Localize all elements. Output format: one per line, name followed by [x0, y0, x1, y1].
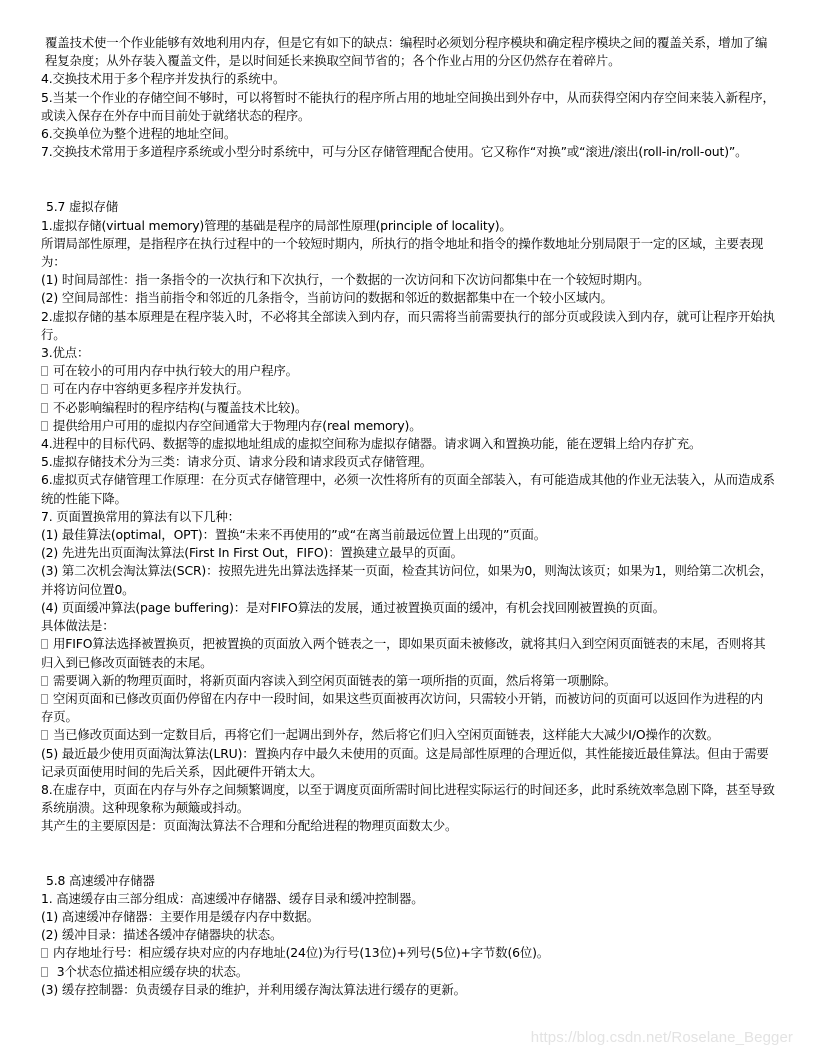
- paragraph-thrashing: 8.在虚存中，页面在内存与外存之间频繁调度，以至于调度页面所需时间比进程实际运行…: [41, 781, 775, 817]
- paragraph-vm-4: 4.进程中的目标代码、数据等的虚拟地址组成的虚拟空间称为虚拟存储器。请求调入和置…: [41, 435, 775, 453]
- buffering-steps-list: 用FIFO算法选择被置换页，把被置换的页面放入两个链表之一，即如果页面未被修改，…: [41, 635, 775, 744]
- paragraph-method-intro: 具体做法是：: [41, 617, 775, 635]
- bullet-box-icon: [41, 366, 48, 376]
- bullet-box-icon: [41, 384, 48, 394]
- bullet-box-icon: [41, 967, 48, 977]
- paragraph-locality-definition: 所谓局部性原理，是指程序在执行过程中的一个较短时期内，所执行的指令地址和指令的操…: [41, 235, 775, 271]
- bullet-box-icon: [41, 694, 48, 704]
- section-5-8: 5.8 高速缓冲存储器 1. 高速缓存由三部分组成：高速缓冲存储器、缓存目录和缓…: [41, 872, 775, 999]
- paragraph-vm-6: 6.虚拟页式存储管理工作原理：在分页式存储管理中，必须一次性将所有的页面全部装入…: [41, 471, 775, 507]
- paragraph-scr: (3) 第二次机会淘汰算法(SCR)：按照先进先出算法选择某一页面，检查其访问位…: [41, 562, 775, 598]
- paragraph-thrashing-cause: 其产生的主要原因是：页面淘汰算法不合理和分配给进程的物理页面数太少。: [41, 817, 775, 835]
- overlay-swap-section: 覆盖技术使一个作业能够有效地利用内存，但是它有如下的缺点：编程时必须划分程序模块…: [41, 34, 775, 161]
- paragraph-page-buffering: (4) 页面缓冲算法(page buffering)：是对FIFO算法的发展，通…: [41, 599, 775, 617]
- paragraph-temporal-locality: (1) 时间局部性：指一条指令的一次执行和下次执行，一个数据的一次访问和下次访问…: [41, 271, 775, 289]
- spacer: [41, 836, 775, 872]
- paragraph-opt: (1) 最佳算法(optimal，OPT)：置换“未来不再使用的”或“在离当前最…: [41, 526, 775, 544]
- paragraph-swap-6: 6.交换单位为整个进程的地址空间。: [41, 125, 775, 143]
- paragraph-cache-1: 1. 高速缓存由三部分组成：高速缓冲存储器、缓存目录和缓冲控制器。: [41, 890, 775, 908]
- list-item: 可在内存中容纳更多程序并发执行。: [41, 380, 775, 398]
- paragraph-lru: (5) 最近最少使用页面淘汰算法(LRU)：置换内存中最久未使用的页面。这是局部…: [41, 745, 775, 781]
- paragraph-vm-3-advantages: 3.优点：: [41, 344, 775, 362]
- paragraph-swap-5: 5.当某一个作业的存储空间不够时，可以将暂时不能执行的程序所占用的地址空间换出到…: [41, 89, 775, 125]
- directory-items-list: 内存地址行号：相应缓存块对应的内存地址(24位)为行号(13位)+列号(5位)+…: [41, 944, 775, 980]
- paragraph-cache-controller: (3) 缓存控制器：负责缓存目录的维护，并利用缓存淘汰算法进行缓存的更新。: [41, 981, 775, 999]
- watermark: https://blog.csdn.net/Roselane_Begger: [531, 1029, 793, 1046]
- spacer: [41, 161, 775, 198]
- section-5-7: 5.7 虚拟存储 1.虚拟存储(virtual memory)管理的基础是程序的…: [41, 198, 775, 835]
- bullet-box-icon: [41, 730, 48, 740]
- bullet-box-icon: [41, 421, 48, 431]
- bullet-box-icon: [41, 676, 48, 686]
- list-item: 可在较小的可用内存中执行较大的用户程序。: [41, 362, 775, 380]
- paragraph-spatial-locality: (2) 空间局部性：指当前指令和邻近的几条指令，当前访问的数据和邻近的数据都集中…: [41, 289, 775, 307]
- bullet-box-icon: [41, 948, 48, 958]
- list-item: 空闲页面和已修改页面仍停留在内存中一段时间，如果这些页面被再次访问，只需较小开销…: [41, 690, 775, 726]
- document-page: 覆盖技术使一个作业能够有效地利用内存，但是它有如下的缺点：编程时必须划分程序模块…: [41, 34, 775, 999]
- paragraph-swap-7: 7.交换技术常用于多道程序系统或小型分时系统中，可与分区存储管理配合使用。它又称…: [41, 143, 775, 161]
- paragraph-vm-7: 7. 页面置换常用的算法有以下几种：: [41, 508, 775, 526]
- list-item: 3个状态位描述相应缓存块的状态。: [41, 963, 775, 981]
- paragraph-swap-4: 4.交换技术用于多个程序并发执行的系统中。: [41, 70, 775, 88]
- paragraph-vm-2: 2.虚拟存储的基本原理是在程序装入时，不必将其全部读入到内存，而只需将当前需要执…: [41, 308, 775, 344]
- list-item: 提供给用户可用的虚拟内存空间通常大于物理内存(real memory)。: [41, 417, 775, 435]
- bullet-box-icon: [41, 639, 48, 649]
- paragraph-cache-storage: (1) 高速缓冲存储器：主要作用是缓存内存中数据。: [41, 908, 775, 926]
- paragraph-vm-5: 5.虚拟存储技术分为三类：请求分页、请求分段和请求段页式存储管理。: [41, 453, 775, 471]
- list-item: 内存地址行号：相应缓存块对应的内存地址(24位)为行号(13位)+列号(5位)+…: [41, 944, 775, 962]
- list-item: 不必影响编程时的程序结构(与覆盖技术比较)。: [41, 399, 775, 417]
- paragraph-fifo: (2) 先进先出页面淘汰算法(First In First Out，FIFO)：…: [41, 544, 775, 562]
- section-heading-5-7: 5.7 虚拟存储: [41, 198, 775, 216]
- bullet-box-icon: [41, 403, 48, 413]
- list-item: 需要调入新的物理页面时，将新页面内容读入到空闲页面链表的第一项所指的页面，然后将…: [41, 672, 775, 690]
- paragraph-overlay-drawbacks: 覆盖技术使一个作业能够有效地利用内存，但是它有如下的缺点：编程时必须划分程序模块…: [41, 34, 775, 70]
- paragraph-cache-directory: (2) 缓冲目录：描述各缓冲存储器块的状态。: [41, 926, 775, 944]
- paragraph-vm-1: 1.虚拟存储(virtual memory)管理的基础是程序的局部性原理(pri…: [41, 217, 775, 235]
- section-heading-5-8: 5.8 高速缓冲存储器: [41, 872, 775, 890]
- list-item: 用FIFO算法选择被置换页，把被置换的页面放入两个链表之一，即如果页面未被修改，…: [41, 635, 775, 671]
- list-item: 当已修改页面达到一定数目后，再将它们一起调出到外存，然后将它们归入空闲页面链表，…: [41, 726, 775, 744]
- advantages-list: 可在较小的可用内存中执行较大的用户程序。 可在内存中容纳更多程序并发执行。 不必…: [41, 362, 775, 435]
